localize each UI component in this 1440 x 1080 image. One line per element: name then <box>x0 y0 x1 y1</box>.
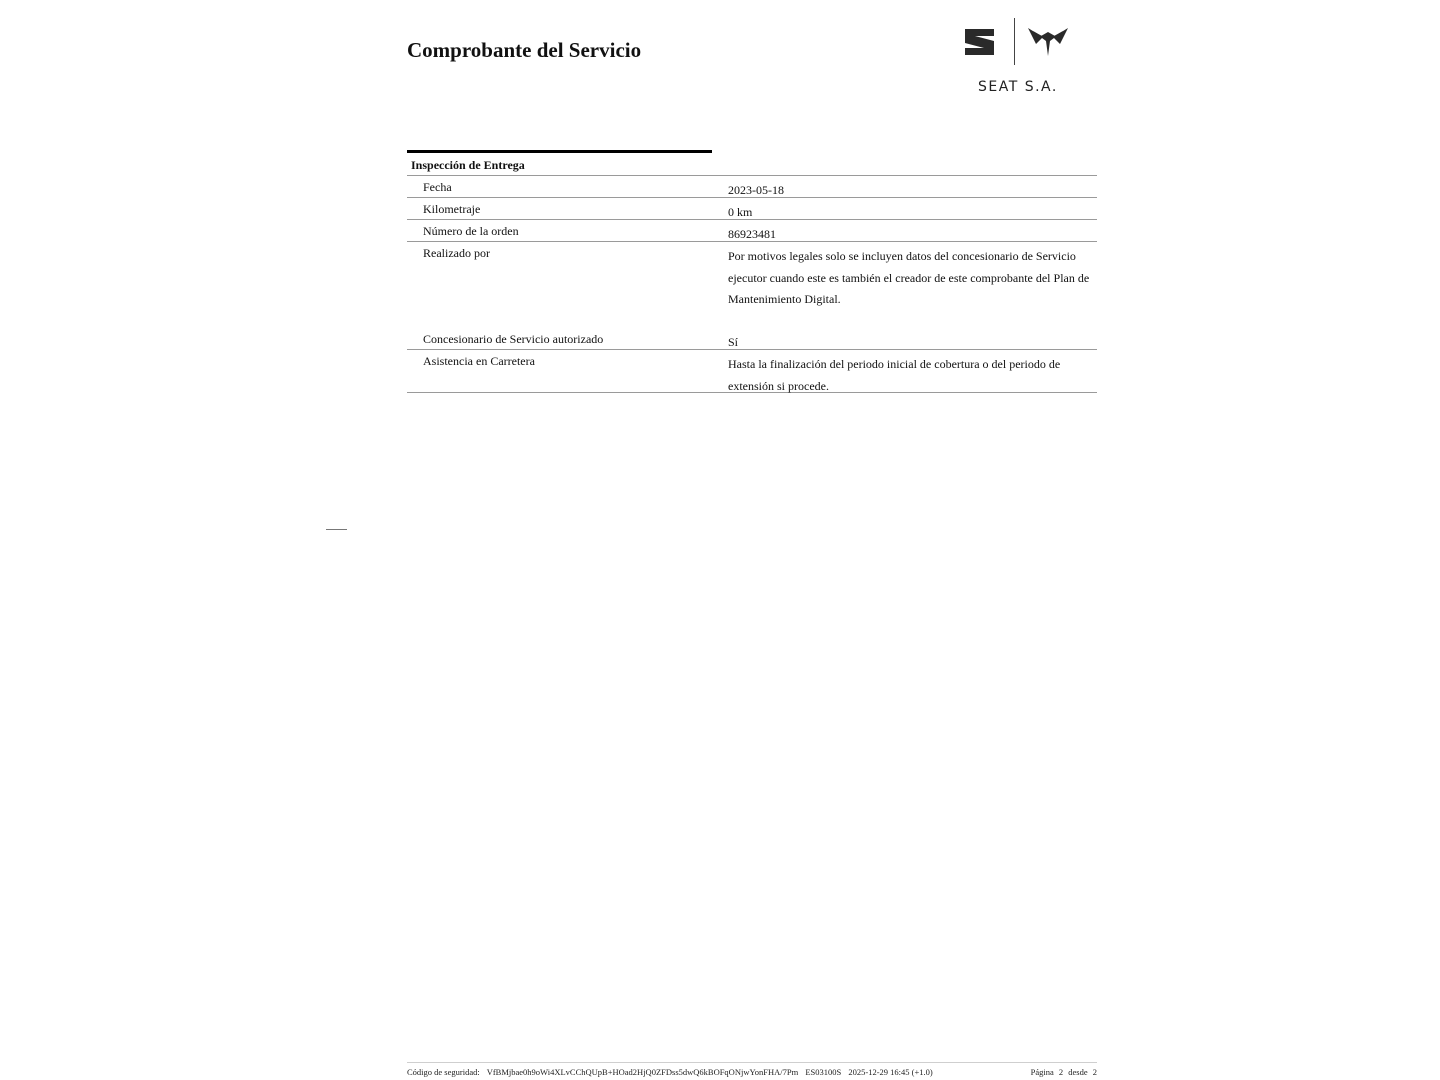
row-label: Número de la orden <box>423 224 519 239</box>
brand-logo: SEAT S.A. <box>958 18 1073 98</box>
row-value: Por motivos legales solo se incluyen dat… <box>728 242 1096 311</box>
table-row: Concesionario de Servicio autorizado Sí <box>407 328 1097 349</box>
page-footer: Código de seguridad: VfBMjbae0h9oWi4XLvC… <box>407 1067 1097 1077</box>
page-of-label: desde <box>1068 1067 1087 1077</box>
reference-code: ES03100S <box>805 1067 841 1077</box>
inspection-table: Fecha 2023-05-18 Kilometraje 0 km Número… <box>407 175 1097 393</box>
table-row: Kilometraje 0 km <box>407 197 1097 219</box>
security-code: VfBMjbae0h9oWi4XLvCChQUpB+HOad2HjQ0ZFDss… <box>487 1067 799 1077</box>
logo-divider <box>1014 18 1015 65</box>
footer-rule <box>407 1062 1097 1063</box>
row-label: Fecha <box>423 180 452 195</box>
security-code-label: Código de seguridad: <box>407 1067 480 1077</box>
table-row: Fecha 2023-05-18 <box>407 175 1097 197</box>
row-label: Kilometraje <box>423 202 480 217</box>
row-label: Concesionario de Servicio autorizado <box>423 332 603 347</box>
page-label: Página <box>1031 1067 1054 1077</box>
seat-logo-icon <box>963 28 996 56</box>
company-name: SEAT S.A. <box>978 79 1058 95</box>
table-row: Asistencia en Carretera Hasta la finaliz… <box>407 349 1097 392</box>
row-label: Realizado por <box>423 246 490 261</box>
table-row: Realizado por Por motivos legales solo s… <box>407 241 1097 328</box>
generated-timestamp: 2025-12-29 16:45 (+1.0) <box>848 1067 932 1077</box>
document-title: Comprobante del Servicio <box>407 38 641 63</box>
section-title: Inspección de Entrega <box>411 158 525 173</box>
fold-mark <box>326 529 347 530</box>
row-value: Hasta la finalización del periodo inicia… <box>728 350 1096 397</box>
table-row: Número de la orden 86923481 <box>407 219 1097 241</box>
section-rule <box>407 150 712 153</box>
cupra-logo-icon <box>1027 26 1069 58</box>
page-total: 2 <box>1093 1067 1097 1077</box>
page-indicator: Página 2 desde 2 <box>1028 1067 1097 1077</box>
row-label: Asistencia en Carretera <box>423 354 535 369</box>
page-current: 2 <box>1059 1067 1063 1077</box>
